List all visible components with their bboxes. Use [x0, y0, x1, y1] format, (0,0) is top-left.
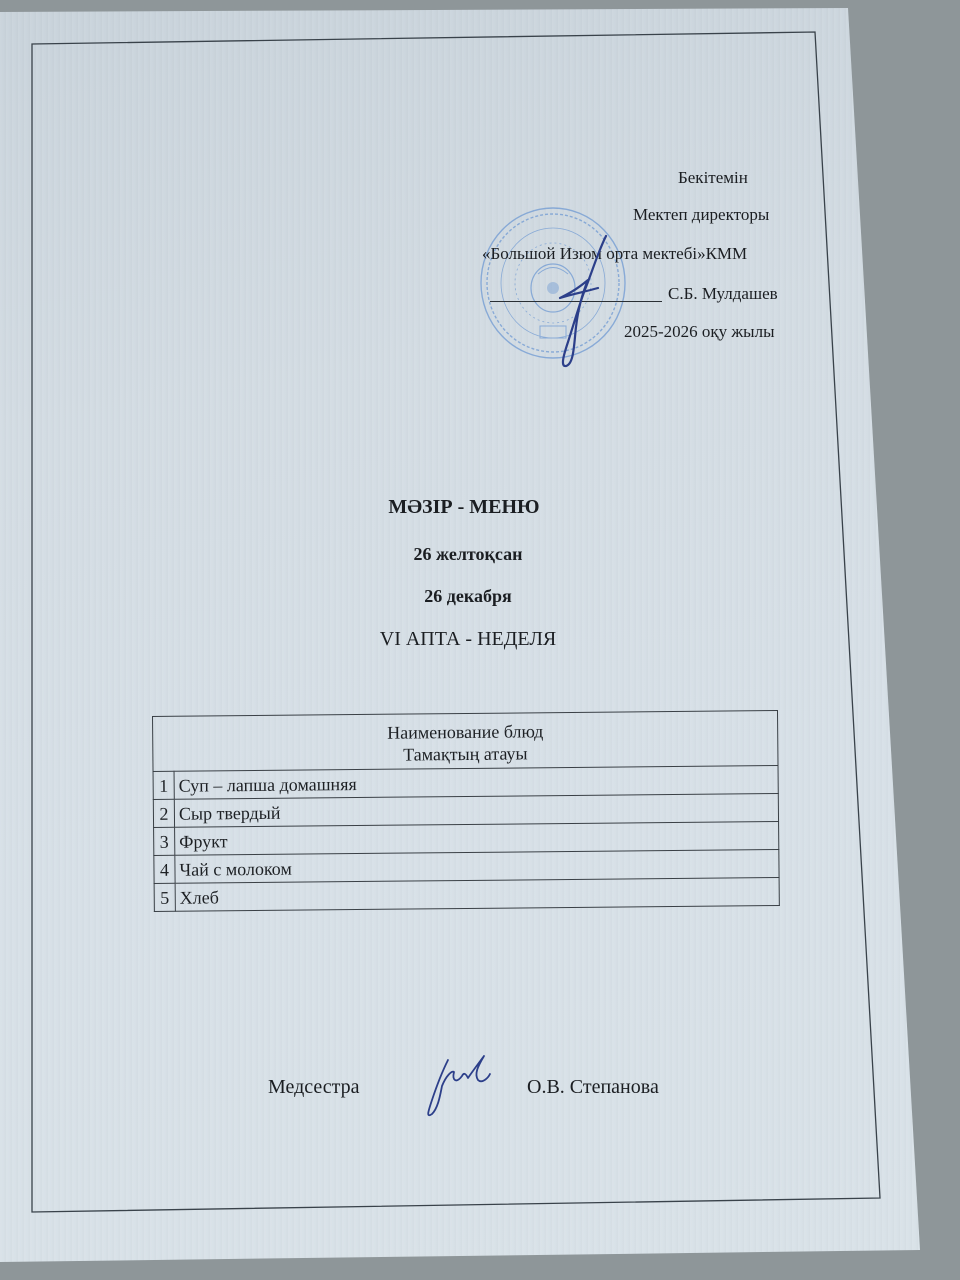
menu-table: Наименование блюд Тамақтың атауы 1 Суп –…: [152, 710, 780, 912]
menu-title: МӘЗІР - МЕНЮ: [264, 496, 664, 519]
dish-name-header: Наименование блюд Тамақтың атауы: [153, 710, 778, 771]
approved-label: Бекітемін: [678, 168, 748, 188]
director-signature: [548, 232, 618, 372]
row-number: 5: [154, 883, 175, 911]
dish-name: Хлеб: [175, 877, 779, 911]
row-number: 3: [154, 827, 175, 855]
row-number: 4: [154, 855, 175, 883]
table-header-row: Наименование блюд Тамақтың атауы: [153, 710, 778, 771]
date-kazakh: 26 желтоқсан: [268, 544, 668, 565]
nurse-name: О.В. Степанова: [527, 1076, 659, 1099]
director-name: С.Б. Мулдашев: [668, 284, 778, 304]
row-number: 2: [153, 799, 174, 827]
week-label: VI АПТА - НЕДЕЛЯ: [268, 628, 668, 651]
nurse-role: Медсестра: [268, 1076, 360, 1099]
date-russian: 26 декабря: [268, 586, 668, 607]
nurse-signature: [418, 1050, 498, 1120]
director-position: Мектеп директоры: [633, 205, 769, 225]
row-number: 1: [153, 771, 174, 799]
header-kz: Тамақтың атауы: [153, 740, 777, 768]
table-row: 5 Хлеб: [154, 877, 779, 911]
academic-year: 2025-2026 оқу жылы: [624, 322, 775, 342]
